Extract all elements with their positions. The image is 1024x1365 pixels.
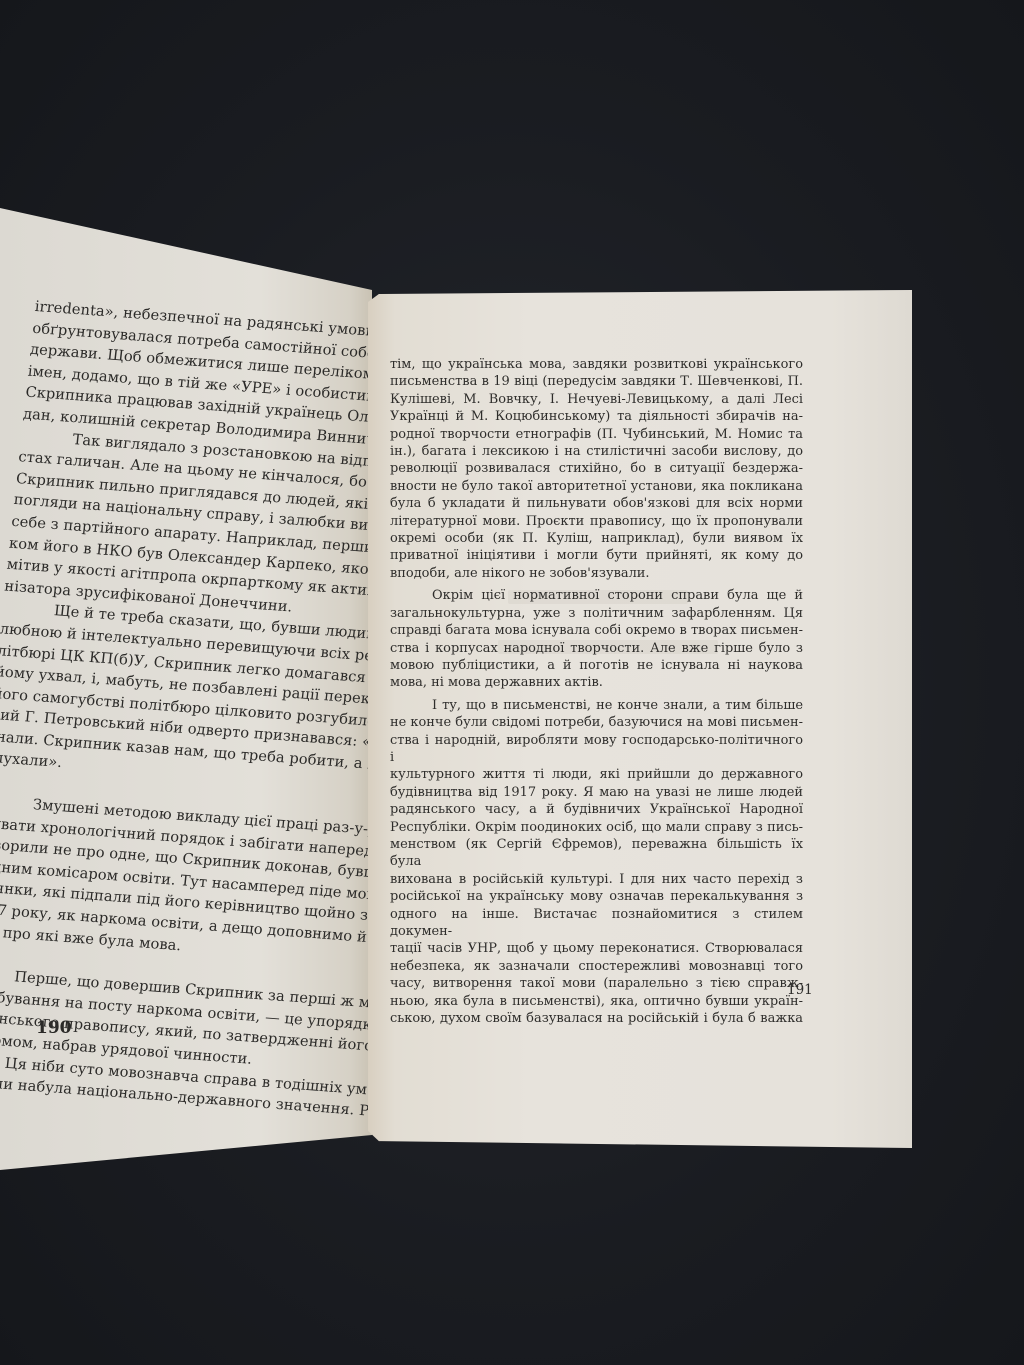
- text-line: російської на українську мову означав пе…: [390, 888, 803, 905]
- text-line: мовою публіцистики, а й поготів не існув…: [390, 657, 803, 674]
- text-line: тації часів УНР, щоб у цьому переконатис…: [390, 940, 803, 957]
- text-line: окремі особи (як П. Куліш, наприклад), б…: [390, 530, 803, 547]
- text-line: вности не було такої авторитетної устано…: [390, 478, 803, 495]
- text-line: культурного життя ті люди, які прийшли д…: [390, 766, 803, 783]
- text-line: мова, ні мова державних актів.: [390, 674, 803, 691]
- text-line: ньою, яка була в письменстві), яка, опти…: [390, 993, 803, 1010]
- text-line: менством (як Сергій Єфремов), переважна …: [390, 836, 803, 871]
- text-line: Окрім цієї нормативної сторони справи бу…: [390, 587, 803, 604]
- text-line: Республіки. Окрім поодиноких осіб, що ма…: [390, 819, 803, 836]
- left-page: irredenta», небезпечної на радянські умо…: [0, 200, 372, 1180]
- text-line: тім, що українська мова, завдяки розвитк…: [390, 356, 803, 373]
- text-line: одного на інше. Вистачає познайомитися з…: [390, 906, 803, 941]
- page-number-left: 190: [36, 1018, 72, 1038]
- text-line: радянського часу, а й будівничих Українс…: [390, 801, 803, 818]
- text-line: революції розвивалася стихійно, бо в сит…: [390, 460, 803, 477]
- text-line: літературної мови. Проєкти правопису, що…: [390, 513, 803, 530]
- text-line: вихована в російській культурі. І для ни…: [390, 871, 803, 888]
- text-line: не конче були свідомі потреби, базуючися…: [390, 714, 803, 731]
- left-page-text: irredenta», небезпечної на радянські умо…: [0, 296, 372, 1118]
- text-line: приватної ініціятиви і могли бути прийня…: [390, 547, 803, 564]
- text-line: вподоби, але нікого не зобов'язували.: [390, 565, 803, 582]
- right-page: тім, що українська мова, завдяки розвитк…: [368, 290, 912, 1148]
- text-line: ства і народній, виробляти мову господар…: [390, 732, 803, 767]
- text-line: родної творчости етнографів (П. Чубинськ…: [390, 426, 803, 443]
- text-line: письменства в 19 віці (передусім завдяки…: [390, 373, 803, 390]
- text-line: загальнокультурна, уже з політичним зафа…: [390, 605, 803, 622]
- text-line: небезпека, як зазначали спостережливі мо…: [390, 958, 803, 975]
- text-line: ською, духом своїм базувалася на російсь…: [390, 1010, 803, 1027]
- text-line: Українці й М. Коцюбинському) та діяльнос…: [390, 408, 803, 425]
- page-number-right: 191: [787, 982, 813, 998]
- text-line: ства і корпусах народної творчости. Але …: [390, 640, 803, 657]
- text-line: І ту, що в письменстві, не конче знали, …: [390, 697, 803, 714]
- text-line: Кулішеві, М. Вовчку, І. Нечуеві-Левицько…: [390, 391, 803, 408]
- text-line: справді багата мова існувала собі окремо…: [390, 622, 803, 639]
- text-line: ін.), багата і лексикою і на стилістичні…: [390, 443, 803, 460]
- right-page-text: тім, що українська мова, завдяки розвитк…: [390, 356, 803, 1027]
- text-line: будівництва від 1917 року. Я маю на уваз…: [390, 784, 803, 801]
- text-line: була б укладати й пильнувати обов'язкові…: [390, 495, 803, 512]
- text-line: часу, витворення такої мови (паралельно …: [390, 975, 803, 992]
